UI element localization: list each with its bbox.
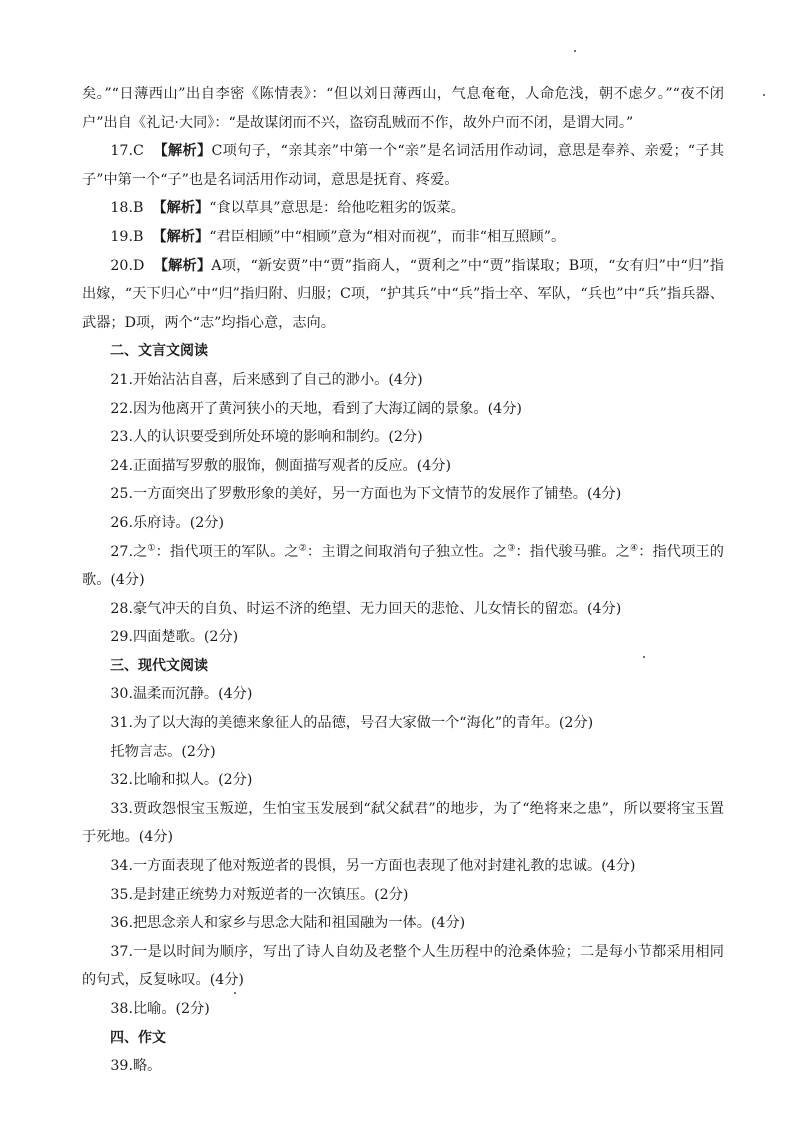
answer-38: 38.比喻。(2分): [82, 995, 724, 1024]
answer-33: 33.贾政怨恨宝玉叛逆，生怕宝玉发展到“弑父弑君”的地步，为了“绝将来之患”，所…: [82, 795, 724, 852]
answer-37: 37.一是以时间为顺序，写出了诗人自幼及老整个人生历程中的沧桑体验；二是每小节都…: [82, 938, 724, 995]
answer-number: 18.B: [110, 200, 143, 216]
explanation: ：指代骏马骓。: [515, 544, 615, 560]
scan-speck: [763, 94, 765, 96]
answer-31: 31.为了以大海的美德来象征人的品德，号召大家做一个“海化”的青年。(2分): [82, 709, 724, 738]
analysis-tag: 【解析】: [152, 200, 209, 216]
answer-number: 19.B: [110, 229, 143, 245]
section-heading-classical-reading: 二、文言文阅读: [82, 337, 724, 366]
scan-speck: [234, 992, 236, 994]
analysis-tag: 【解析】: [154, 258, 212, 274]
answer-28: 28.豪气冲天的自负、时运不济的绝望、无力回天的悲怆、儿女情长的留恋。(4分): [82, 595, 724, 624]
analysis-tag: 【解析】: [152, 229, 209, 245]
answer-text: “食以草具”意思是：给他吃粗劣的饭菜。: [209, 200, 465, 216]
word-zhi: 之: [493, 544, 507, 560]
section-heading-modern-reading: 三、现代文阅读: [82, 652, 724, 681]
answer-27: 27.之①：指代项王的军队。之②：主谓之间取消句子独立性。之③：指代骏马骓。之④…: [82, 538, 724, 595]
answer-19: 19.B 【解析】“君臣相顾”中“相顾”意为“相对而视”，而非“相互照顾”。: [82, 223, 724, 252]
answer-number: 20.D: [110, 258, 144, 274]
word-zhi: 之: [284, 544, 298, 560]
answer-30: 30.温柔而沉静。(4分): [82, 680, 724, 709]
answer-24: 24.正面描写罗敷的服饰，侧面描写观者的反应。(4分): [82, 452, 724, 481]
continuation-paragraph: 矣。”“日薄西山”出自李密《陈情表》：“但以刘日薄西山，气息奄奄，人命危浅，朝不…: [82, 80, 724, 137]
answer-25: 25.一方面突出了罗敷形象的美好，另一方面也为下文情节的发展作了铺垫。(4分): [82, 480, 724, 509]
answer-29: 29.四面楚歌。(2分): [82, 623, 724, 652]
scan-speck: [574, 50, 576, 52]
explanation: ：主谓之间取消句子独立性。: [307, 544, 493, 560]
analysis-tag: 【解析】: [153, 143, 211, 159]
section-heading-composition: 四、作文: [82, 1024, 724, 1053]
word-zhi: 之: [133, 544, 147, 560]
answer-21: 21.开始沾沾自喜，后来感到了自己的渺小。(4分): [82, 366, 724, 395]
answer-number: 27.: [110, 544, 133, 560]
scan-speck: [643, 656, 645, 658]
answer-17: 17.C 【解析】C项句子，“亲其亲”中第一个“亲”是名词活用作动词，意思是奉养…: [82, 137, 724, 194]
answer-23: 23.人的认识要受到所处环境的影响和制约。(2分): [82, 423, 724, 452]
answer-31-technique: 托物言志。(2分): [82, 738, 724, 767]
answer-22: 22.因为他离开了黄河狭小的天地，看到了大海辽阔的景象。(4分): [82, 395, 724, 424]
answer-39: 39.略。: [82, 1052, 724, 1081]
answer-number: 17.C: [110, 143, 143, 159]
answer-35: 35.是封建正统势力对叛逆者的一次镇压。(2分): [82, 881, 724, 910]
circled-mark: ①: [147, 543, 155, 553]
explanation: ：指代项王的军队。: [156, 544, 285, 560]
answer-key-page: 矣。”“日薄西山”出自李密《陈情表》：“但以刘日薄西山，气息奄奄，人命危浅，朝不…: [82, 80, 724, 1081]
word-zhi: 之: [616, 544, 630, 560]
answer-18: 18.B 【解析】“食以草具”意思是：给他吃粗劣的饭菜。: [82, 194, 724, 223]
answer-26: 26.乐府诗。(2分): [82, 509, 724, 538]
answer-32: 32.比喻和拟人。(2分): [82, 766, 724, 795]
circled-mark: ②: [299, 543, 307, 553]
answer-20: 20.D 【解析】A项，“新安贾”中“贾”指商人，“贾利之”中“贾”指谋取；B项…: [82, 252, 724, 338]
answer-text: “君臣相顾”中“相顾”意为“相对而视”，而非“相互照顾”。: [209, 229, 565, 245]
answer-36: 36.把思念亲人和家乡与思念大陆和祖国融为一体。(4分): [82, 909, 724, 938]
circled-mark: ④: [630, 543, 638, 553]
answer-34: 34.一方面表现了他对叛逆者的畏惧，另一方面也表现了他对封建礼教的忠诚。(4分): [82, 852, 724, 881]
